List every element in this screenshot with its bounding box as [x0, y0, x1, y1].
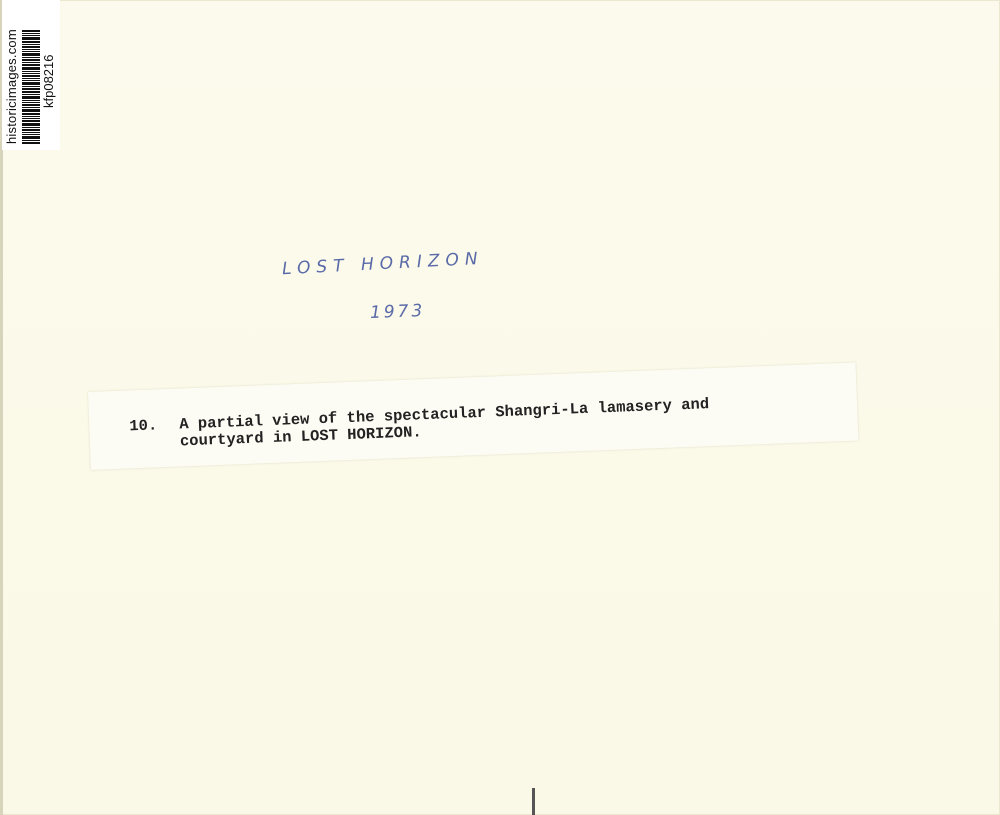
- edge-mark: [532, 788, 535, 815]
- handwritten-year: 1973: [370, 301, 426, 323]
- handwritten-title: LOST HORIZON: [282, 249, 484, 280]
- item-id: kfp08216: [41, 55, 56, 109]
- caption-number: 10.: [129, 417, 180, 436]
- caption-line-1: A partial view of the spectacular Shangr…: [179, 395, 709, 433]
- photo-back-page: historicimages.com kfp08216 LOST HORIZON…: [0, 0, 1000, 815]
- caption-text: 10.A partial view of the spectacular Sha…: [129, 396, 710, 452]
- caption-strip: 10.A partial view of the spectacular Sha…: [88, 363, 858, 470]
- barcode-icon: [22, 8, 40, 144]
- barcode-label: historicimages.com kfp08216: [2, 0, 60, 150]
- site-name: historicimages.com: [4, 29, 19, 144]
